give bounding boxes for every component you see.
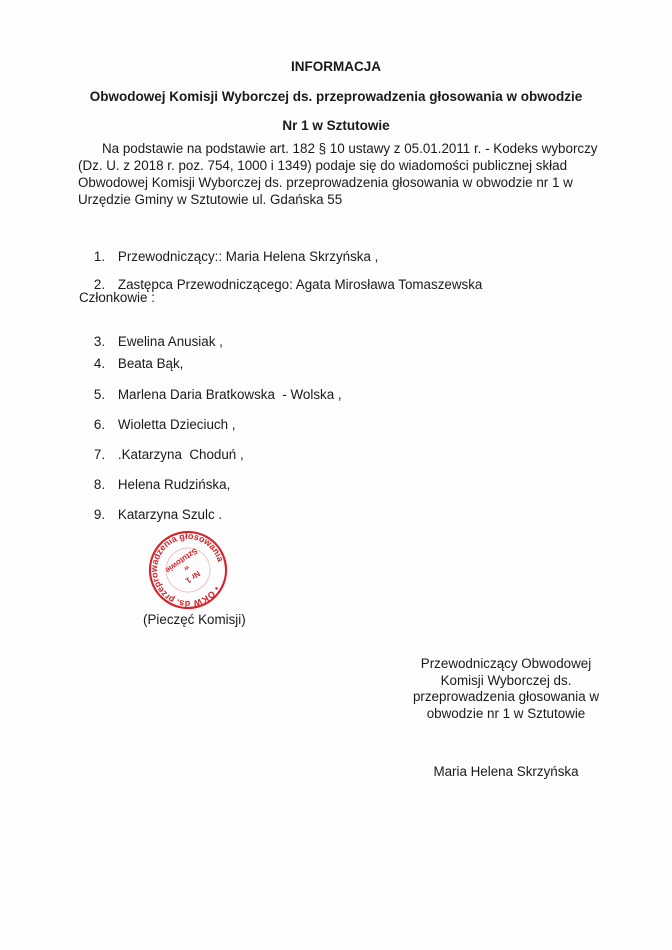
stamp-caption: (Pieczęć Komisji): [143, 612, 246, 627]
document-title: INFORMACJA: [0, 59, 672, 74]
signatory-name: Maria Helena Skrzyńska: [396, 764, 616, 779]
intro-line: Obwodowej Komisji Wyborczej ds. przeprow…: [78, 174, 638, 191]
item-text: Katarzyna Szulc .: [118, 507, 222, 522]
signature-role: Przewodniczący Obwodowej Komisji Wyborcz…: [396, 656, 616, 722]
item-number: 5.: [94, 387, 118, 402]
item-number: 6.: [94, 417, 118, 432]
commission-stamp: • OKW ds. przeprowadzenia głosowania Nr …: [148, 530, 228, 610]
item-text: Helena Rudzińska,: [118, 477, 230, 492]
item-text: Marlena Daria Bratkowska - Wolska ,: [118, 387, 342, 402]
document-subtitle: Obwodowej Komisji Wyborczej ds. przeprow…: [0, 89, 672, 104]
signature-role-line: obwodzie nr 1 w Sztutowie: [396, 706, 616, 723]
intro-paragraph: Na podstawie na podstawie art. 182 § 10 …: [78, 140, 638, 208]
intro-line: Urzędzie Gminy w Sztutowie ul. Gdańska 5…: [78, 191, 638, 208]
intro-line: (Dz. U. z 2018 r. poz. 754, 1000 i 1349)…: [78, 157, 638, 174]
item-number: 7.: [94, 447, 118, 462]
item-text: Beata Bąk,: [118, 356, 184, 371]
item-number: 4.: [94, 356, 118, 371]
item-number: 8.: [94, 477, 118, 492]
signature-role-line: Przewodniczący Obwodowej: [396, 656, 616, 673]
item-number: 9.: [94, 507, 118, 522]
members-label: Członkowie :: [79, 290, 155, 305]
item-text: Zastępca Przewodniczącego: Agata Mirosła…: [118, 277, 482, 292]
document-page: INFORMACJA Obwodowej Komisji Wyborczej d…: [0, 0, 672, 950]
item-text: Wioletta Dzieciuch ,: [118, 417, 236, 432]
signature-role-line: przeprowadzenia głosowania w: [396, 689, 616, 706]
district-heading: Nr 1 w Sztutowie: [0, 118, 672, 133]
item-text: .Katarzyna Choduń ,: [118, 447, 244, 462]
intro-line: Na podstawie na podstawie art. 182 § 10 …: [78, 140, 638, 157]
signature-role-line: Komisji Wyborczej ds.: [396, 673, 616, 690]
